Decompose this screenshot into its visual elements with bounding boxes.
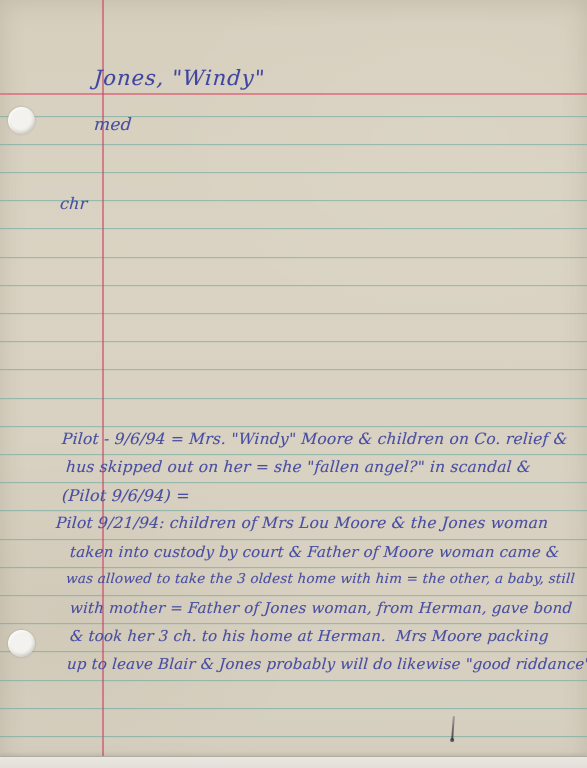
rule-line (0, 680, 587, 681)
rule-line (0, 172, 587, 173)
rule-line (0, 482, 587, 483)
rule-line (0, 567, 587, 568)
note-line: up to leave Blair & Jones probably will … (66, 655, 587, 673)
rule-line (0, 228, 587, 229)
hole-punch-bottom (8, 630, 35, 657)
abbrev-note: chr (59, 194, 88, 213)
rule-line (0, 398, 587, 399)
notebook-page: Jones, "Windy" med chr Pilot - 9/6/94 = … (0, 0, 587, 768)
rule-line (0, 144, 587, 145)
rule-line (0, 539, 587, 540)
stray-ink-mark (451, 716, 455, 740)
note-line: Pilot 9/21/94: children of Mrs Lou Moore… (55, 514, 548, 532)
rule-line (0, 595, 587, 596)
rule-line (0, 510, 587, 511)
name-heading: Jones, "Windy" (93, 66, 266, 90)
hole-punch-top (8, 107, 35, 134)
rule-line (0, 341, 587, 342)
rule-line (0, 257, 587, 258)
rule-line (0, 369, 587, 370)
top-margin-rule (0, 93, 587, 95)
rule-line (0, 285, 587, 286)
rule-line (0, 623, 587, 624)
note-line: was allowed to take the 3 oldest home wi… (65, 571, 575, 587)
rule-line (0, 116, 587, 117)
note-line: with mother = Father of Jones woman, fro… (69, 599, 573, 617)
note-line: Pilot - 9/6/94 = Mrs. "Windy" Moore & ch… (61, 430, 568, 448)
rule-line (0, 651, 587, 652)
rule-line (0, 313, 587, 314)
med-note: med (93, 115, 132, 135)
rule-line (0, 426, 587, 427)
note-line: & took her 3 ch. to his home at Herman. … (69, 627, 549, 645)
rule-line (0, 708, 587, 709)
note-line: taken into custody by court & Father of … (69, 543, 560, 561)
scan-edge-bottom (0, 756, 587, 768)
ruled-lines (0, 0, 587, 768)
note-line: hus skipped out on her = she "fallen ang… (65, 458, 531, 476)
rule-line (0, 736, 587, 737)
rule-line (0, 454, 587, 455)
note-line: (Pilot 9/6/94) = (61, 486, 190, 505)
